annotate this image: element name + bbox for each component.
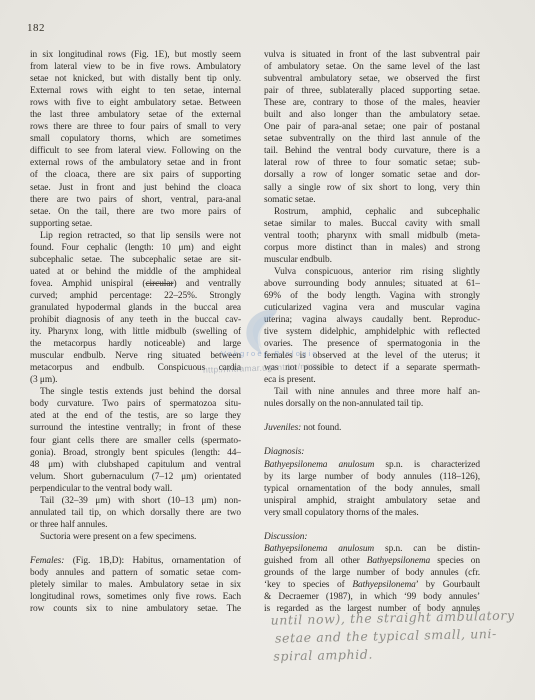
text-line: fovea. Amphid unispiral (circular) and v… [30,278,241,290]
text-line: 48 μm) with clubshaped capitulum and ven… [30,459,241,471]
text-line: unispiral amphid, straight ambulatory se… [264,495,480,507]
text-line: supporting setae. [30,218,241,230]
text-line: setae. On the tail, there are two more p… [30,206,241,218]
text-line: uterina; vagina always caudally bent. Re… [264,314,480,326]
text-line: rows there are three to four pairs of sm… [30,121,241,133]
text-line: setae subventrally on the third last ann… [264,133,480,145]
text-line: Juveniles: not found. [264,422,480,434]
text-line: setae similar to males. Buccal cavity wi… [264,218,480,230]
text-line: Discussion: [264,531,480,543]
text-line: perpendicular to the ventral body wall. [30,483,241,495]
text-line: row counts six to nine ambulatory setae.… [30,603,241,615]
text-line: These are, contrary to those of the male… [264,97,480,109]
text-line: longitudinal rows, sometimes only five r… [30,591,241,603]
text-line: ventral tooth; pharynx with small midbul… [264,230,480,242]
paragraph: Rostrum, amphid, cephalic and subcephali… [264,206,480,266]
paragraph: Juveniles: not found. [264,422,480,434]
text-line: Lip region retracted, so that lip sensil… [30,230,241,242]
text-line: ated at the end of the testis, are so la… [30,410,241,422]
text-line: setae not knicked, but with distally ben… [30,73,241,85]
text-line: Suctoria were present on a few specimens… [30,531,241,543]
text-line: found. Four cephalic (length: 10 μm) and… [30,242,241,254]
text-line: setae. Just in front and just behind the… [30,182,241,194]
text-line: pletely similar to males. Ambulatory set… [30,579,241,591]
text-line: Females: (Fig. 1B,D): Habitus, ornamenta… [30,555,241,567]
paragraph: Tail with nine annules and three more ha… [264,386,480,410]
paragraph: Suctoria were present on a few specimens… [30,531,241,543]
paragraph: Diagnosis: [264,446,480,458]
text-line: dorsally a row of longer somatic setae a… [264,169,480,181]
text-line: above surrounding body annules; situated… [264,278,480,290]
text-line: body curvature. Two pairs of spermatozoa… [30,398,241,410]
text-line: metacorpus and endbulb. Conspicuous card… [30,362,241,374]
text-line: guished from all other Bathyepsilonema s… [264,555,480,567]
paragraph: Vulva conspicuous, anterior rim rising s… [264,266,480,386]
text-line: gonia). Broad, strongly bent spicules (l… [30,447,241,459]
paragraph: in six longitudinal rows (Fig. 1E), but … [30,49,241,230]
text-line: eca is present. [264,374,480,386]
text-line: by its large number of body annules (118… [264,471,480,483]
text-line: typical ornamentation of the body annule… [264,483,480,495]
text-line: tail. Behind the ventral body curvature,… [264,145,480,157]
text-line: muscular endbulb. [264,254,480,266]
text-line: body annules and pattern of somatic seta… [30,567,241,579]
text-line: One pair of para-anal setae; one pair of… [264,121,480,133]
text-line: small copulatory thorns, which are somet… [30,133,241,145]
text-line: nules dorsally on the non-annulated tail… [264,398,480,410]
paragraph: vulva is situated in front of the last s… [264,49,480,206]
paragraph: Tail (32–39 μm) with short (10–13 μm) no… [30,495,241,531]
text-line: in six longitudinal rows (Fig. 1E), but … [30,49,241,61]
text-line: Tail (32–39 μm) with short (10–13 μm) no… [30,495,241,507]
text-line: very small copulatory thorns of the male… [264,507,480,519]
text-line: built and also longer than the ambulator… [264,109,480,121]
text-line: muscular endbulb. Nerve ring situated be… [30,350,241,362]
text-line: four giant cells there are smaller cells… [30,435,241,447]
text-line: Diagnosis: [264,446,480,458]
text-line: lateral row of three to four somatic set… [264,157,480,169]
text-line: difficult to see from lateral view. Foll… [30,145,241,157]
text-line: external rows of the ambulatory setae an… [30,157,241,169]
text-line: The single testis extends just behind th… [30,386,241,398]
text-line: rows with five to eight ambulatory setae… [30,97,241,109]
paragraph: Bathyepsilonema anulosum sp.n. can be di… [264,543,480,615]
text-line: tive system didelphic, amphidelphic with… [264,326,480,338]
text-line: of the cloaca, there are six pairs of su… [30,169,241,181]
text-line: uated at or behind the middle of the amp… [30,266,241,278]
text-line: & Decraemer (1987), in which ‘99 body an… [264,591,480,603]
paragraph: Bathyepsilonema anulosum sp.n. is charac… [264,459,480,519]
text-line: cuticularized vagina vera and muscular v… [264,302,480,314]
text-line: females is observed at the level of the … [264,350,480,362]
text-line: curved; amphid percentage: 22–25%. Stron… [30,290,241,302]
text-line: External rows with eight to ten setae, i… [30,85,241,97]
text-line: subcephalic setae. The subcephalic setae… [30,254,241,266]
text-line: pair of three, sublaterally placed suppo… [264,85,480,97]
page-number: 182 [27,22,45,34]
text-line: or three half annules. [30,519,241,531]
text-line: Bathyepsilonema anulosum sp.n. can be di… [264,543,480,555]
handwritten-note: until now), the straight ambulatory seta… [270,606,526,665]
text-columns: in six longitudinal rows (Fig. 1E), but … [30,49,480,615]
text-line: subventral ambulatory setae, we observed… [264,73,480,85]
text-line: annulated tail tip, on which dorsally th… [30,507,241,519]
text-line: from lateral view to be in five rows. Am… [30,61,241,73]
text-line: (3 μm). [30,374,241,386]
paragraph: Discussion: [264,531,480,543]
left-column: in six longitudinal rows (Fig. 1E), but … [30,49,241,615]
paragraph: The single testis extends just behind th… [30,386,241,494]
text-line: Bathyepsilonema anulosum sp.n. is charac… [264,459,480,471]
text-line: vulva is situated in front of the last s… [264,49,480,61]
text-line: Rostrum, amphid, cephalic and subcephali… [264,206,480,218]
text-line: ity. Pharynx long, with little midbulb (… [30,326,241,338]
paragraph: Females: (Fig. 1B,D): Habitus, ornamenta… [30,555,241,615]
text-line: 69% of the body length. Vagina with stro… [264,290,480,302]
text-line: prohibit diagnosis of any teeth in the b… [30,314,241,326]
text-line: granulated hypodermal glands in the bucc… [30,302,241,314]
text-line: ovaries. The presence of spermatogonia i… [264,338,480,350]
text-line: was not possible to detect if a separate… [264,362,480,374]
handwriting-line: spiral amphid. [273,642,526,665]
paragraph: Lip region retracted, so that lip sensil… [30,230,241,387]
right-column: vulva is situated in front of the last s… [264,49,480,615]
text-line: sally a single row of six short to long,… [264,182,480,194]
text-line: there are two pairs of short, ventral, p… [30,194,241,206]
text-line: grounds of the large number of body annu… [264,567,480,579]
text-line: somatic setae. [264,194,480,206]
text-line: Vulva conspicuous, anterior rim rising s… [264,266,480,278]
text-line: ‘key to species of Bathyepsilonema’ by G… [264,579,480,591]
text-line: the metacorpus hardly noticeable) and la… [30,338,241,350]
text-line: of ambulatory setae. On the same level o… [264,61,480,73]
text-line: surround the intestine ventrally; in fro… [30,422,241,434]
text-line: Tail with nine annules and three more ha… [264,386,480,398]
text-line: corpus more distinct than in males) and … [264,242,480,254]
text-line: velum. Short gubernaculum (7–12 μm) orie… [30,471,241,483]
text-line: the last three ambulatory setae of the e… [30,109,241,121]
